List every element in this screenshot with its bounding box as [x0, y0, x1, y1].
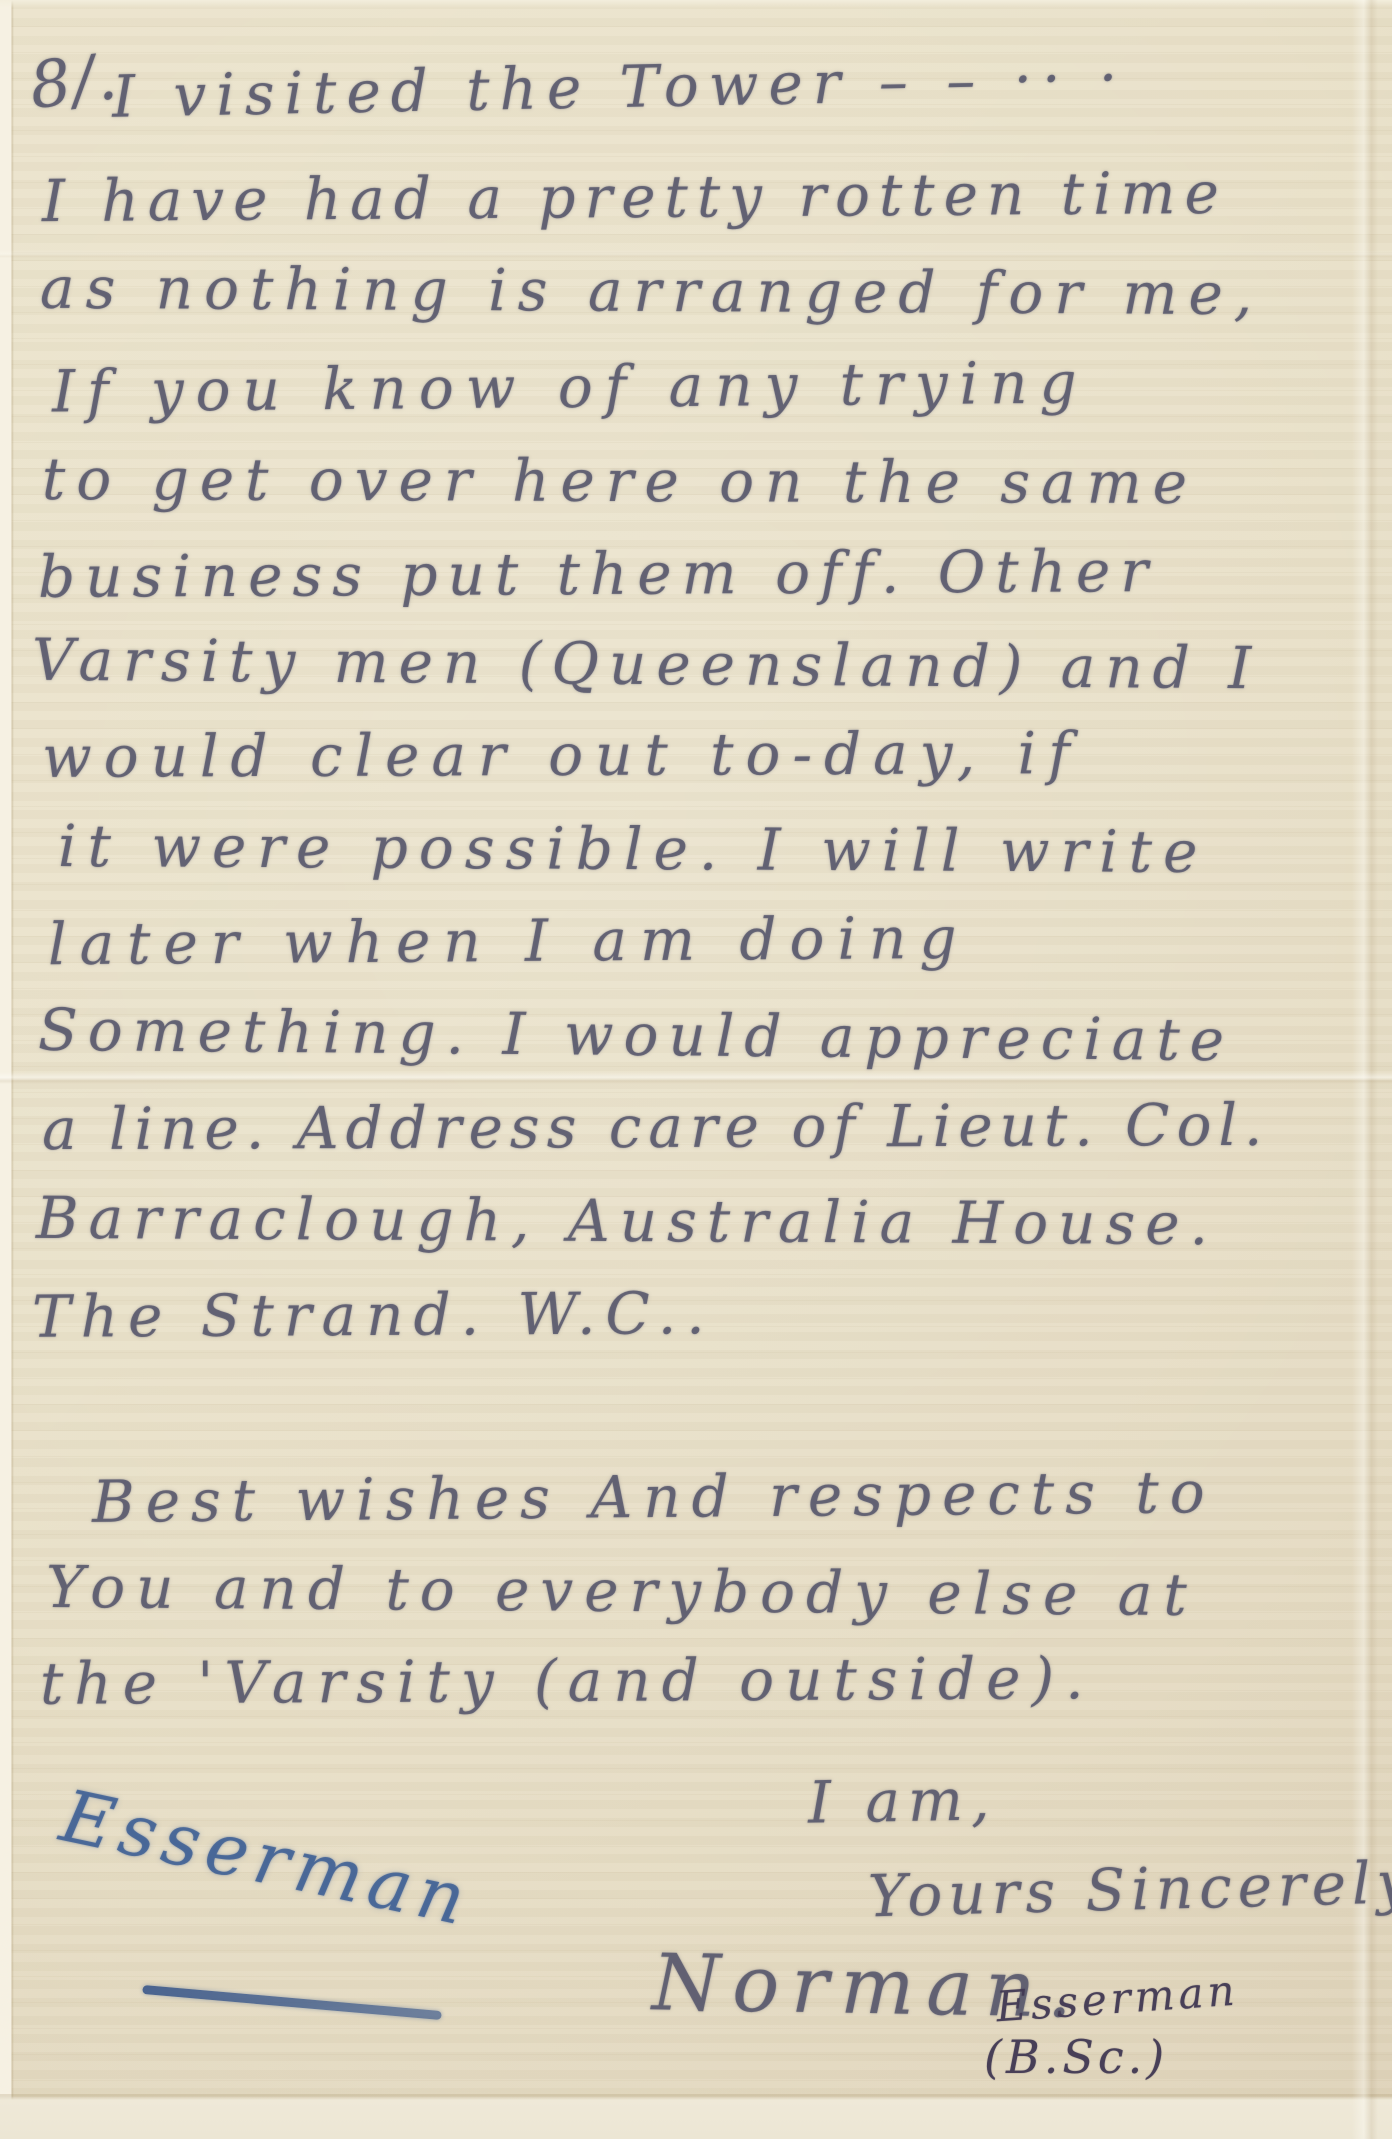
handwritten-line: If you know of any trying	[52, 353, 1089, 420]
letter-page: 8/. I visited the Tower – – ·· · I have …	[0, 0, 1392, 2139]
handwritten-line: it were possible. I will write	[58, 817, 1209, 881]
handwritten-line: would clear out to-day, if	[42, 724, 1082, 786]
handwritten-line: the 'Varsity (and outside).	[40, 1649, 1095, 1713]
blue-signature-esserman: Esserman	[55, 1779, 478, 1936]
handwritten-line: You and to everybody else at	[46, 1558, 1198, 1624]
scan-edge-left	[0, 0, 14, 2139]
handwritten-line: I have had a pretty rotten time	[42, 164, 1228, 230]
handwritten-line: to get over here on the same	[42, 450, 1198, 512]
catalog-annotation-degree: (B.Sc.)	[984, 2034, 1168, 2080]
handwritten-line: Something. I would appreciate	[38, 1001, 1235, 1069]
handwritten-line: Best wishes And respects to	[92, 1463, 1216, 1531]
handwritten-line: business put them off. Other	[38, 542, 1158, 606]
handwritten-line: Barraclough, Australia House.	[36, 1189, 1218, 1253]
handwritten-line: later when I am doing	[48, 909, 970, 973]
blue-underline-stroke	[142, 1985, 442, 2020]
handwritten-line: as nothing is arranged for me,	[40, 259, 1264, 323]
fold-crease	[0, 1072, 1392, 1084]
handwritten-line: a line. Address care of Lieut. Col.	[42, 1096, 1270, 1158]
page-number: 8/.	[26, 45, 122, 119]
handwritten-line: The Strand. W.C..	[32, 1284, 715, 1346]
scan-edge-top	[0, 0, 1392, 8]
paper-fold-right	[1352, 0, 1378, 2139]
handwritten-line: Varsity men (Queensland) and I	[32, 631, 1262, 698]
closing-i-am: I am,	[808, 1770, 998, 1831]
scan-edge-bottom	[0, 2094, 1392, 2139]
closing-yours-sincerely: Yours Sincerely.	[867, 1853, 1392, 1926]
handwritten-line: I visited the Tower – – ·· ·	[112, 48, 1128, 125]
